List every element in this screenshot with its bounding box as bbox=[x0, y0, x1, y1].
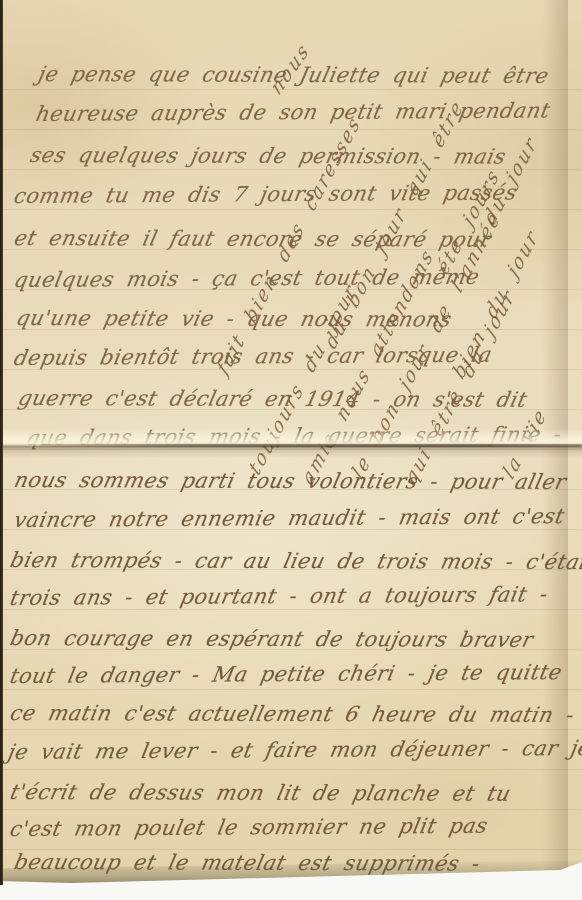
letter-line: que dans trois mois - la guerre serait f… bbox=[24, 422, 564, 450]
letter-line: nous sommes parti tous volontiers - pour… bbox=[12, 468, 569, 494]
letter-line: je pense que cousine Juliette qui peut ê… bbox=[36, 62, 551, 88]
letter-line: quelques mois - ça c'est tout de même bbox=[12, 265, 482, 292]
letter-line: ce matin c'est actuellement 6 heure du m… bbox=[8, 701, 577, 727]
letter-line: qu'une petite vie - que nous menons bbox=[14, 306, 454, 332]
letter-line: bien trompés - car au lieu de trois mois… bbox=[8, 548, 582, 574]
letter-line: beaucoup et le matelat est supprimés - bbox=[12, 850, 483, 876]
letter-line: comme tu me dis 7 jours sont vite passés bbox=[12, 180, 519, 208]
letter-line: ses quelques jours de permission - mais bbox=[28, 143, 509, 169]
letter-line: t'écrit de dessus mon lit de planche et … bbox=[8, 780, 513, 806]
letter-line: c'est mon poulet le sommier ne plit pas bbox=[8, 814, 490, 841]
letter-scan: nous fait bien des caresses toujours du … bbox=[0, 0, 582, 900]
letter-paper: nous fait bien des caresses toujours du … bbox=[0, 0, 582, 888]
letter-line: vaincre notre ennemie maudit - mais ont … bbox=[12, 504, 567, 532]
letter-line: et ensuite il faut encore se séparé pour bbox=[12, 226, 494, 252]
letter-line: bon courage en espérant de toujours brav… bbox=[8, 626, 536, 652]
letter-line: heureuse auprès de son petit mari pendan… bbox=[34, 98, 552, 126]
letter-line: trois ans - et pourtant - ont a toujours… bbox=[8, 582, 550, 610]
letter-line: tout le danger - Ma petite chéri - je te… bbox=[8, 660, 564, 688]
letter-line: guerre c'est déclaré en 1914 - on s'est … bbox=[16, 386, 530, 412]
letter-line: depuis bientôt trois ans - car lorsque l… bbox=[12, 343, 494, 370]
letter-line: je vait me lever - et faire mon déjeuner… bbox=[6, 736, 582, 764]
scan-left-edge bbox=[0, 0, 3, 885]
